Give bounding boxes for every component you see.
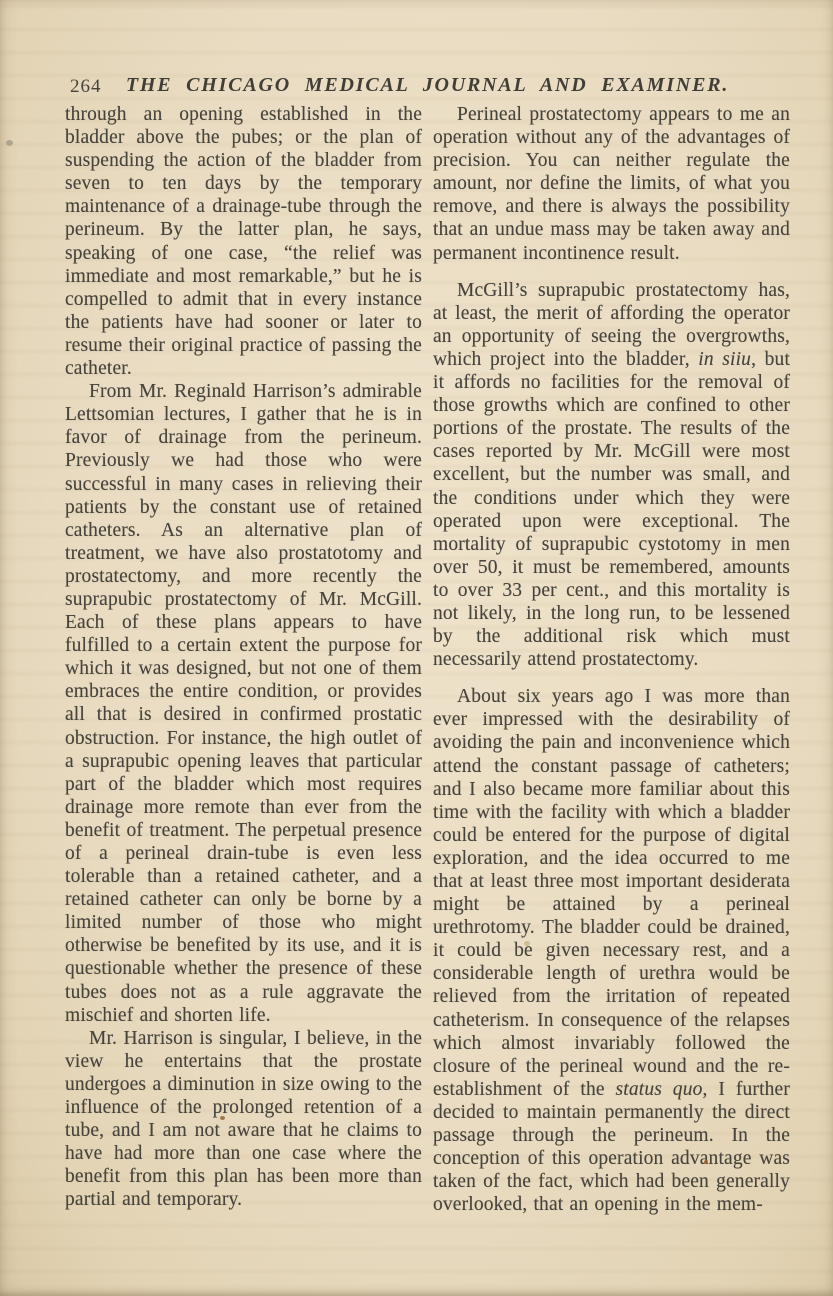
paragraph: through an opening established in the bl… xyxy=(65,103,422,380)
page-body: through an opening established in the bl… xyxy=(65,103,790,1216)
body-text: About six years ago I was more than ever… xyxy=(433,686,790,1100)
paper-speck xyxy=(6,140,13,146)
body-text: Mr. Harrison is singular, I believe, in … xyxy=(65,1028,422,1211)
body-text: , but it affords no facilities for the r… xyxy=(433,349,790,670)
paragraph: About six years ago I was more than ever… xyxy=(433,685,790,1216)
journal-title: THE CHICAGO MEDICAL JOURNAL AND EXAMINER… xyxy=(65,74,790,97)
text-column-left: through an opening established in the bl… xyxy=(65,103,422,1216)
scanned-journal-page: 264 THE CHICAGO MEDICAL JOURNAL AND EXAM… xyxy=(0,0,833,1296)
text-column-right: Perineal prostatectomy appears to me an … xyxy=(433,103,790,1216)
paragraph: Perineal prostatectomy appears to me an … xyxy=(433,103,790,265)
paragraph: Mr. Harrison is singular, I believe, in … xyxy=(65,1027,422,1212)
paragraph: From Mr. Reginald Harrison’s admirable L… xyxy=(65,380,422,1027)
body-text: From Mr. Reginald Harrison’s admirable L… xyxy=(65,381,422,1026)
italic-text: status quo xyxy=(616,1079,703,1100)
page-header: 264 THE CHICAGO MEDICAL JOURNAL AND EXAM… xyxy=(65,74,790,100)
italic-text: in siiu xyxy=(698,349,751,370)
paragraph: McGill’s suprapubic prostatectomy has, a… xyxy=(433,279,790,672)
body-text: Perineal prostatectomy appears to me an … xyxy=(433,104,790,264)
body-text: through an opening established in the bl… xyxy=(65,104,422,379)
